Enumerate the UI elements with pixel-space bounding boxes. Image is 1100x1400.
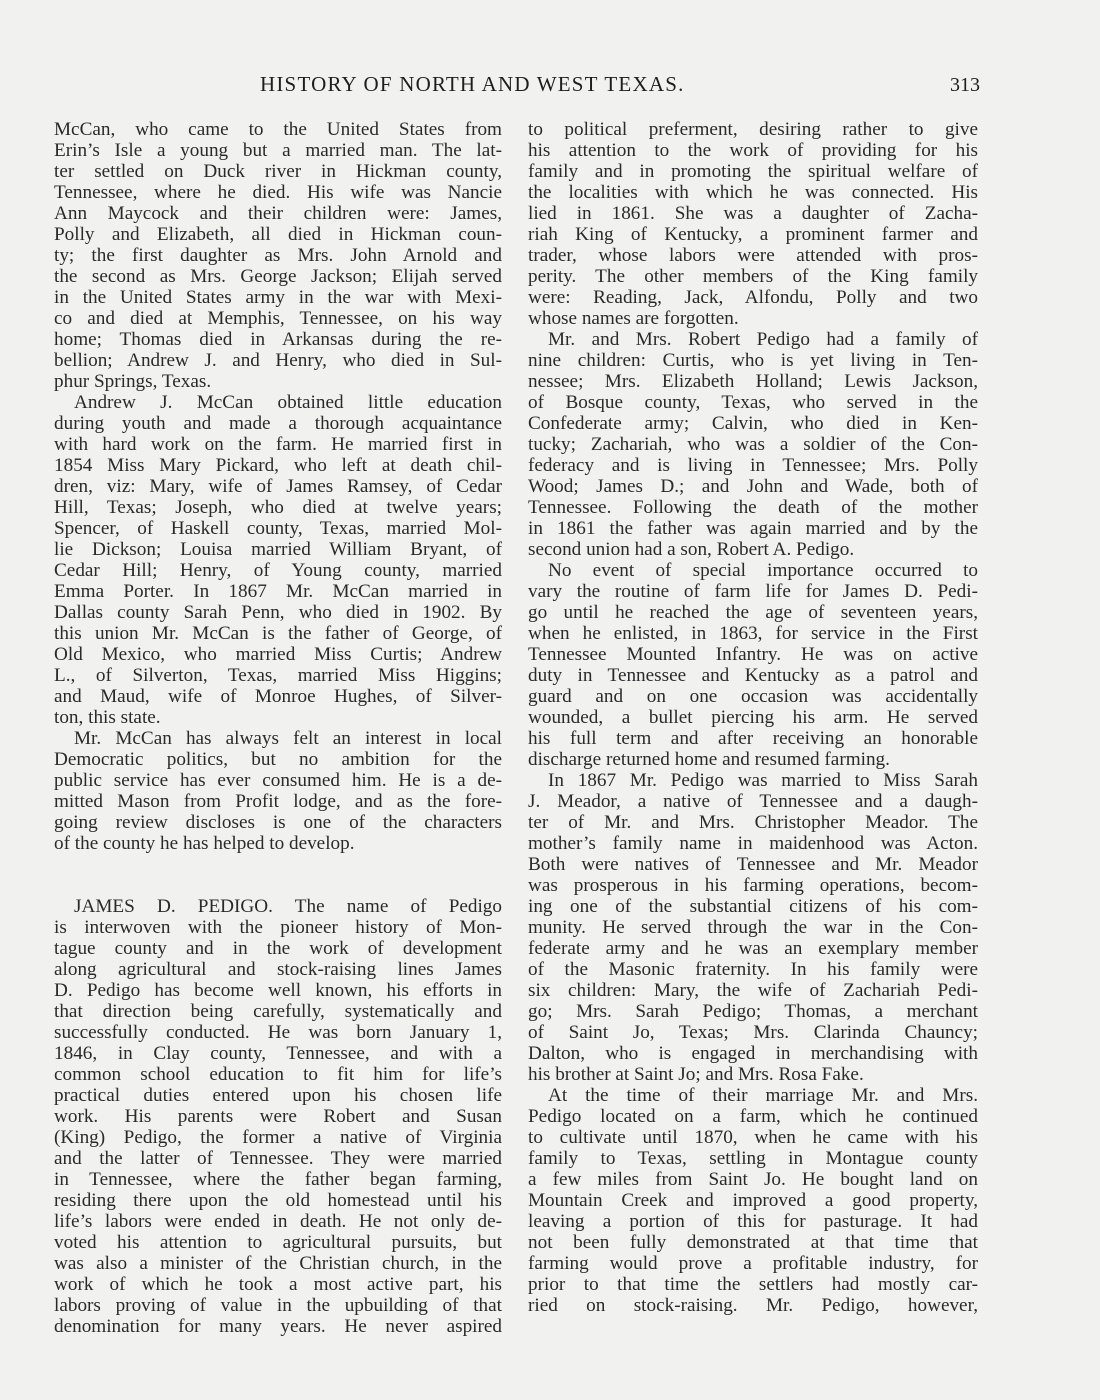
text-line: common school education to fit him for l… [54, 1064, 502, 1085]
text-line: along agricultural and stock-raising lin… [54, 959, 502, 980]
text-line: work of which he took a most active part… [54, 1274, 502, 1295]
text-line: Democratic politics, but no ambition for… [54, 749, 502, 770]
text-line: ter of Mr. and Mrs. Christopher Meador. … [528, 812, 978, 833]
text-line: D. Pedigo has become well known, his eff… [54, 980, 502, 1001]
text-line: wounded, a bullet piercing his arm. He s… [528, 707, 978, 728]
paragraph-mccan-ancestry: McCan, who came to the United States fro… [54, 119, 502, 392]
text-line: Confederate army; Calvin, who died in Ke… [528, 413, 978, 434]
text-line: work. His parents were Robert and Susan [54, 1106, 502, 1127]
text-line: duty in Tennessee and Kentucky as a patr… [528, 665, 978, 686]
text-line: Dalton, who is engaged in merchandising … [528, 1043, 978, 1064]
text-line: Andrew J. McCan obtained little educatio… [54, 392, 502, 413]
text-line: At the time of their marriage Mr. and Mr… [528, 1085, 978, 1106]
text-line: Tennessee Mounted Infantry. He was on ac… [528, 644, 978, 665]
text-line: go; Mrs. Sarah Pedigo; Thomas, a merchan… [528, 1001, 978, 1022]
text-line: Both were natives of Tennessee and Mr. M… [528, 854, 978, 875]
text-line: whose names are forgotten. [528, 308, 978, 329]
text-line: Mr. McCan has always felt an interest in… [54, 728, 502, 749]
running-title: HISTORY OF NORTH AND WEST TEXAS. [260, 72, 685, 97]
text-line: leaving a portion of this for pasturage.… [528, 1211, 978, 1232]
text-line: Cedar Hill; Henry, of Young county, marr… [54, 560, 502, 581]
text-line: (King) Pedigo, the former a native of Vi… [54, 1127, 502, 1148]
text-line: nessee; Mrs. Elizabeth Holland; Lewis Ja… [528, 371, 978, 392]
text-line: practical duties entered upon his chosen… [54, 1085, 502, 1106]
text-line: not been fully demonstrated at that time… [528, 1232, 978, 1253]
text-line: denomination for many years. He never as… [54, 1316, 502, 1337]
text-line: nine children: Curtis, who is yet living… [528, 350, 978, 371]
running-head: HISTORY OF NORTH AND WEST TEXAS. 313 [0, 72, 1100, 100]
text-line: No event of special importance occurred … [528, 560, 978, 581]
text-line: prior to that time the settlers had most… [528, 1274, 978, 1295]
text-line: successfully conducted. He was born Janu… [54, 1022, 502, 1043]
paragraph-robert-pedigo-family: Mr. and Mrs. Robert Pedigo had a family … [528, 329, 978, 560]
text-line: his brother at Saint Jo; and Mrs. Rosa F… [528, 1064, 978, 1085]
text-line: lie Dickson; Louisa married William Brya… [54, 539, 502, 560]
text-line: was prosperous in his farming operations… [528, 875, 978, 896]
text-line: with hard work on the farm. He married f… [54, 434, 502, 455]
text-line: McCan, who came to the United States fro… [54, 119, 502, 140]
book-page: HISTORY OF NORTH AND WEST TEXAS. 313 McC… [0, 0, 1100, 1400]
text-line: JAMES D. PEDIGO. The name of Pedigo [54, 896, 502, 917]
text-line: Mr. and Mrs. Robert Pedigo had a family … [528, 329, 978, 350]
text-line: munity. He served through the war in the… [528, 917, 978, 938]
text-line: ton, this state. [54, 707, 502, 728]
text-line: life’s labors were ended in death. He no… [54, 1211, 502, 1232]
text-line: public service has ever consumed him. He… [54, 770, 502, 791]
text-line: was also a minister of the Christian chu… [54, 1253, 502, 1274]
text-line: ter settled on Duck river in Hickman cou… [54, 161, 502, 182]
text-line: six children: Mary, the wife of Zacharia… [528, 980, 978, 1001]
text-line: tague county and in the work of developm… [54, 938, 502, 959]
text-line: Wood; James D.; and John and Wade, both … [528, 476, 978, 497]
text-line: Spencer, of Haskell county, Texas, marri… [54, 518, 502, 539]
text-line: 1854 Miss Mary Pickard, who left at deat… [54, 455, 502, 476]
text-line: Mountain Creek and improved a good prope… [528, 1190, 978, 1211]
text-line: his attention to the work of providing f… [528, 140, 978, 161]
text-line: Old Mexico, who married Miss Curtis; And… [54, 644, 502, 665]
text-line: the second as Mrs. George Jackson; Elija… [54, 266, 502, 287]
text-line: guard and on one occasion was accidental… [528, 686, 978, 707]
paragraph-move-to-texas: At the time of their marriage Mr. and Mr… [528, 1085, 978, 1316]
text-line: that direction being carefully, systemat… [54, 1001, 502, 1022]
paragraph-marriage: In 1867 Mr. Pedigo was married to Miss S… [528, 770, 978, 1085]
text-line: trader, whose labors were attended with … [528, 245, 978, 266]
text-line: in the United States army in the war wit… [54, 287, 502, 308]
text-line: federacy and is living in Tennessee; Mrs… [528, 455, 978, 476]
text-line: of the Masonic fraternity. In his family… [528, 959, 978, 980]
text-line: In 1867 Mr. Pedigo was married to Miss S… [528, 770, 978, 791]
text-line: during youth and made a thorough acquain… [54, 413, 502, 434]
text-line: Emma Porter. In 1867 Mr. McCan married i… [54, 581, 502, 602]
text-line: mitted Mason from Profit lodge, and as t… [54, 791, 502, 812]
text-line: bellion; Andrew J. and Henry, who died i… [54, 350, 502, 371]
text-line: ty; the first daughter as Mrs. John Arno… [54, 245, 502, 266]
text-line: when he enlisted, in 1863, for service i… [528, 623, 978, 644]
text-line: home; Thomas died in Arkansas during the… [54, 329, 502, 350]
text-line: Pedigo located on a farm, which he conti… [528, 1106, 978, 1127]
text-line: Ann Maycock and their children were: Jam… [54, 203, 502, 224]
text-line: phur Springs, Texas. [54, 371, 502, 392]
text-line: perity. The other members of the King fa… [528, 266, 978, 287]
text-line: and the latter of Tennessee. They were m… [54, 1148, 502, 1169]
paragraph-pedigo-intro: JAMES D. PEDIGO. The name of Pedigois in… [54, 896, 502, 1337]
text-line: second union had a son, Robert A. Pedigo… [528, 539, 978, 560]
text-line: ried on stock-raising. Mr. Pedigo, howev… [528, 1295, 978, 1316]
text-line: the localities with which he was connect… [528, 182, 978, 203]
text-line: in Tennessee, where the father began far… [54, 1169, 502, 1190]
paragraph-mccan-politics: Mr. McCan has always felt an interest in… [54, 728, 502, 854]
text-line: lied in 1861. She was a daughter of Zach… [528, 203, 978, 224]
text-line: of the county he has helped to develop. [54, 833, 502, 854]
text-line: go until he reached the age of seventeen… [528, 602, 978, 623]
text-line: Tennessee, where he died. His wife was N… [54, 182, 502, 203]
text-line: to cultivate until 1870, when he came wi… [528, 1127, 978, 1148]
text-line: vary the routine of farm life for James … [528, 581, 978, 602]
text-line: federate army and he was an exemplary me… [528, 938, 978, 959]
text-line: discharge returned home and resumed farm… [528, 749, 978, 770]
text-line: a few miles from Saint Jo. He bought lan… [528, 1169, 978, 1190]
text-line: to political preferment, desiring rather… [528, 119, 978, 140]
paragraph-military-service: No event of special importance occurred … [528, 560, 978, 770]
text-line: voted his attention to agricultural purs… [54, 1232, 502, 1253]
text-line: family to Texas, settling in Montague co… [528, 1148, 978, 1169]
text-line: labors proving of value in the upbuildin… [54, 1295, 502, 1316]
right-column: to political preferment, desiring rather… [528, 119, 978, 1316]
text-line: this union Mr. McCan is the father of Ge… [54, 623, 502, 644]
text-line: 1846, in Clay county, Tennessee, and wit… [54, 1043, 502, 1064]
text-line: Hill, Texas; Joseph, who died at twelve … [54, 497, 502, 518]
text-line: of Saint Jo, Texas; Mrs. Clarinda Chaunc… [528, 1022, 978, 1043]
text-line: riah King of Kentucky, a prominent farme… [528, 224, 978, 245]
text-line: mother’s family name in maidenhood was A… [528, 833, 978, 854]
text-line: were: Reading, Jack, Alfondu, Polly and … [528, 287, 978, 308]
text-line: Dallas county Sarah Penn, who died in 19… [54, 602, 502, 623]
text-line: L., of Silverton, Texas, married Miss Hi… [54, 665, 502, 686]
text-line: Polly and Elizabeth, all died in Hickman… [54, 224, 502, 245]
text-line: of Bosque county, Texas, who served in t… [528, 392, 978, 413]
text-line: his full term and after receiving an hon… [528, 728, 978, 749]
text-line: in 1861 the father was again married and… [528, 518, 978, 539]
text-line: is interwoven with the pioneer history o… [54, 917, 502, 938]
text-line: tucky; Zachariah, who was a soldier of t… [528, 434, 978, 455]
text-line: residing there upon the old homestead un… [54, 1190, 502, 1211]
text-line: family and in promoting the spiritual we… [528, 161, 978, 182]
left-column: McCan, who came to the United States fro… [54, 119, 502, 1337]
text-line: going review discloses is one of the cha… [54, 812, 502, 833]
page-number: 313 [950, 74, 980, 97]
text-line: co and died at Memphis, Tennessee, on hi… [54, 308, 502, 329]
text-line: ing one of the substantial citizens of h… [528, 896, 978, 917]
text-line: dren, viz: Mary, wife of James Ramsey, o… [54, 476, 502, 497]
text-line: Tennessee. Following the death of the mo… [528, 497, 978, 518]
section-gap [54, 854, 502, 896]
text-line: and Maud, wife of Monroe Hughes, of Silv… [54, 686, 502, 707]
text-line: farming would prove a profitable industr… [528, 1253, 978, 1274]
paragraph-andrew-mccan: Andrew J. McCan obtained little educatio… [54, 392, 502, 728]
text-line: Erin’s Isle a young but a married man. T… [54, 140, 502, 161]
paragraph-pedigo-politics: to political preferment, desiring rather… [528, 119, 978, 329]
text-line: J. Meador, a native of Tennessee and a d… [528, 791, 978, 812]
